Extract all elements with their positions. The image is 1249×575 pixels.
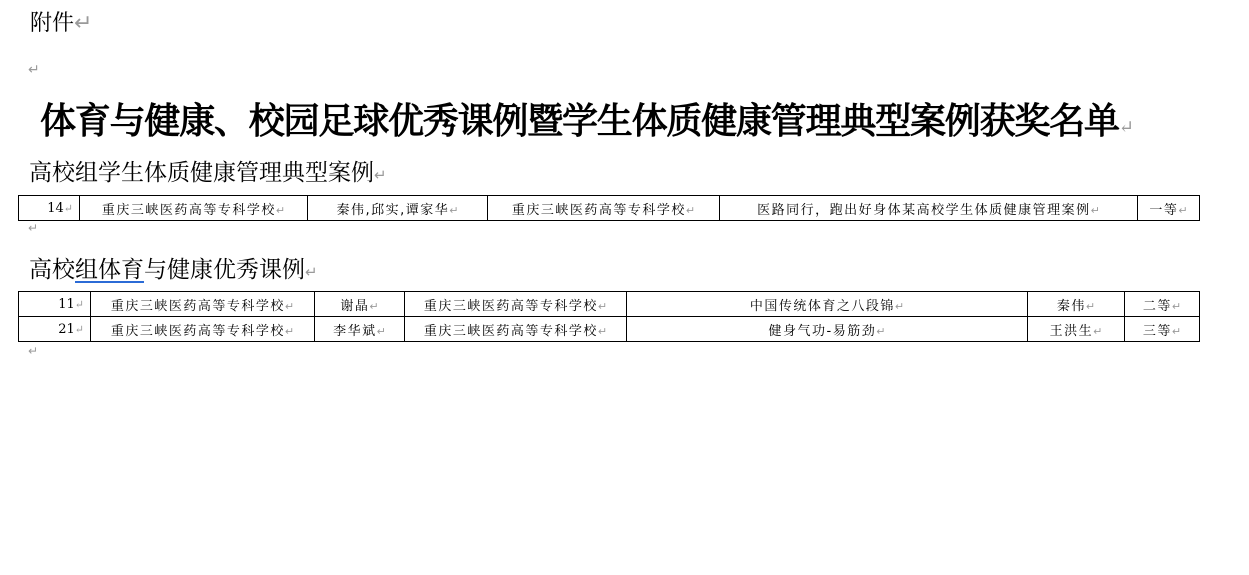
paragraph-mark-icon: ↵ [1119, 117, 1133, 138]
lesson-title-text: 中国传统体育之八段锦 [750, 299, 895, 314]
recommender-text: 重庆三峡医药高等专科学校 [424, 299, 598, 314]
cell-recommender: 重庆三峡医药高等专科学校↵ [488, 196, 720, 221]
instructor-text: 王洪生 [1050, 324, 1094, 339]
no-text: 11 [58, 297, 75, 312]
cell-lesson-title: 健身气功-易筋劲↵ [627, 317, 1028, 342]
paragraph-mark-icon: ↵ [74, 11, 92, 36]
lesson-title-text: 健身气功-易筋劲 [769, 324, 877, 339]
cell-recommender: 重庆三峡医药高等专科学校↵ [405, 292, 627, 317]
cell-mark-icon: ↵ [449, 204, 458, 217]
cell-mark-icon: ↵ [895, 300, 904, 313]
teacher-text: 谢晶 [340, 299, 369, 314]
paragraph-mark-icon: ↵ [374, 166, 387, 184]
paragraph-mark-icon: ↵ [305, 263, 318, 281]
cell-mark-icon: ↵ [876, 325, 885, 338]
cell-award: 三等↵ [1125, 317, 1200, 342]
award-text: 二等 [1143, 299, 1172, 314]
cell-case-title: 医路同行，跑出好身体某高校学生体质健康管理案例↵ [720, 196, 1138, 221]
cell-school: 重庆三峡医药高等专科学校↵ [91, 317, 315, 342]
cell-mark-icon: ↵ [598, 300, 607, 313]
health-management-table: 14↵ 重庆三峡医药高等专科学校↵ 秦伟,邱实,谭家华↵ 重庆三峡医药高等专科学… [18, 195, 1200, 221]
cell-mark-icon: ↵ [276, 204, 285, 217]
pe-lessons-table: 11↵ 重庆三峡医药高等专科学校↵ 谢晶↵ 重庆三峡医药高等专科学校↵ 中国传统… [18, 291, 1200, 342]
cell-authors: 秦伟,邱实,谭家华↵ [308, 196, 488, 221]
table-row: 21↵ 重庆三峡医药高等专科学校↵ 李华斌↵ 重庆三峡医药高等专科学校↵ 健身气… [19, 317, 1200, 342]
case-title-text: 医路同行，跑出好身体某高校学生体质健康管理案例 [757, 203, 1091, 218]
instructor-text: 秦伟 [1057, 299, 1086, 314]
award-text: 三等 [1143, 324, 1172, 339]
cell-mark-icon: ↵ [285, 300, 294, 313]
cell-mark-icon: ↵ [377, 325, 386, 338]
cell-mark-icon: ↵ [75, 323, 84, 336]
cell-no: 14↵ [19, 196, 80, 221]
cell-mark-icon: ↵ [1172, 325, 1181, 338]
title-text: 体育与健康、校园足球优秀课例暨学生体质健康管理典型案例获奖名单 [40, 100, 1119, 142]
table-row: 14↵ 重庆三峡医药高等专科学校↵ 秦伟,邱实,谭家华↵ 重庆三峡医药高等专科学… [19, 196, 1200, 221]
cell-teacher: 李华斌↵ [315, 317, 405, 342]
cell-no: 11↵ [19, 292, 91, 317]
cell-mark-icon: ↵ [285, 325, 294, 338]
cell-school: 重庆三峡医药高等专科学校↵ [91, 292, 315, 317]
cell-mark-icon: ↵ [598, 325, 607, 338]
empty-paragraph: ↵ [28, 344, 38, 358]
teacher-text: 李华斌 [333, 324, 377, 339]
cell-mark-icon: ↵ [1086, 300, 1095, 313]
recommender-text: 重庆三峡医药高等专科学校 [424, 324, 598, 339]
cell-award: 二等↵ [1125, 292, 1200, 317]
authors-text: 秦伟,邱实,谭家华 [337, 203, 450, 218]
cell-lesson-title: 中国传统体育之八段锦↵ [627, 292, 1028, 317]
attachment-text: 附件 [30, 11, 74, 36]
table-row: 11↵ 重庆三峡医药高等专科学校↵ 谢晶↵ 重庆三峡医药高等专科学校↵ 中国传统… [19, 292, 1200, 317]
empty-paragraph: ↵ [28, 62, 40, 78]
cell-award: 一等↵ [1138, 196, 1200, 221]
cell-instructor: 王洪生↵ [1028, 317, 1125, 342]
cell-no: 21↵ [19, 317, 91, 342]
section-heading-pe-lessons: 高校组体育与健康优秀课例↵ [29, 254, 318, 288]
heading-part: 高校 [29, 257, 75, 283]
document-title: 体育与健康、校园足球优秀课例暨学生体质健康管理典型案例获奖名单↵ [40, 98, 1133, 151]
school-text: 重庆三峡医药高等专科学校 [102, 203, 276, 218]
no-text: 21 [58, 322, 75, 337]
cell-mark-icon: ↵ [1091, 204, 1100, 217]
school-text: 重庆三峡医药高等专科学校 [111, 324, 285, 339]
cell-mark-icon: ↵ [369, 300, 378, 313]
school-text: 重庆三峡医药高等专科学校 [111, 299, 285, 314]
spellcheck-underlined-text[interactable]: 组体育 [75, 257, 144, 283]
section-heading-text: 高校组学生体质健康管理典型案例 [29, 160, 374, 186]
empty-paragraph: ↵ [28, 221, 38, 235]
cell-school: 重庆三峡医药高等专科学校↵ [80, 196, 308, 221]
cell-mark-icon: ↵ [64, 202, 73, 215]
cell-teacher: 谢晶↵ [315, 292, 405, 317]
section-heading-health-management: 高校组学生体质健康管理典型案例↵ [29, 157, 387, 191]
cell-mark-icon: ↵ [686, 204, 695, 217]
cell-instructor: 秦伟↵ [1028, 292, 1125, 317]
heading-part: 与健康优秀课例 [144, 257, 305, 283]
cell-mark-icon: ↵ [1093, 325, 1102, 338]
attachment-label: 附件↵ [30, 9, 92, 39]
cell-mark-icon: ↵ [75, 298, 84, 311]
award-text: 一等 [1149, 203, 1178, 218]
cell-mark-icon: ↵ [1178, 204, 1187, 217]
cell-mark-icon: ↵ [1172, 300, 1181, 313]
recommender-text: 重庆三峡医药高等专科学校 [512, 203, 686, 218]
no-text: 14 [47, 201, 64, 216]
cell-recommender: 重庆三峡医药高等专科学校↵ [405, 317, 627, 342]
